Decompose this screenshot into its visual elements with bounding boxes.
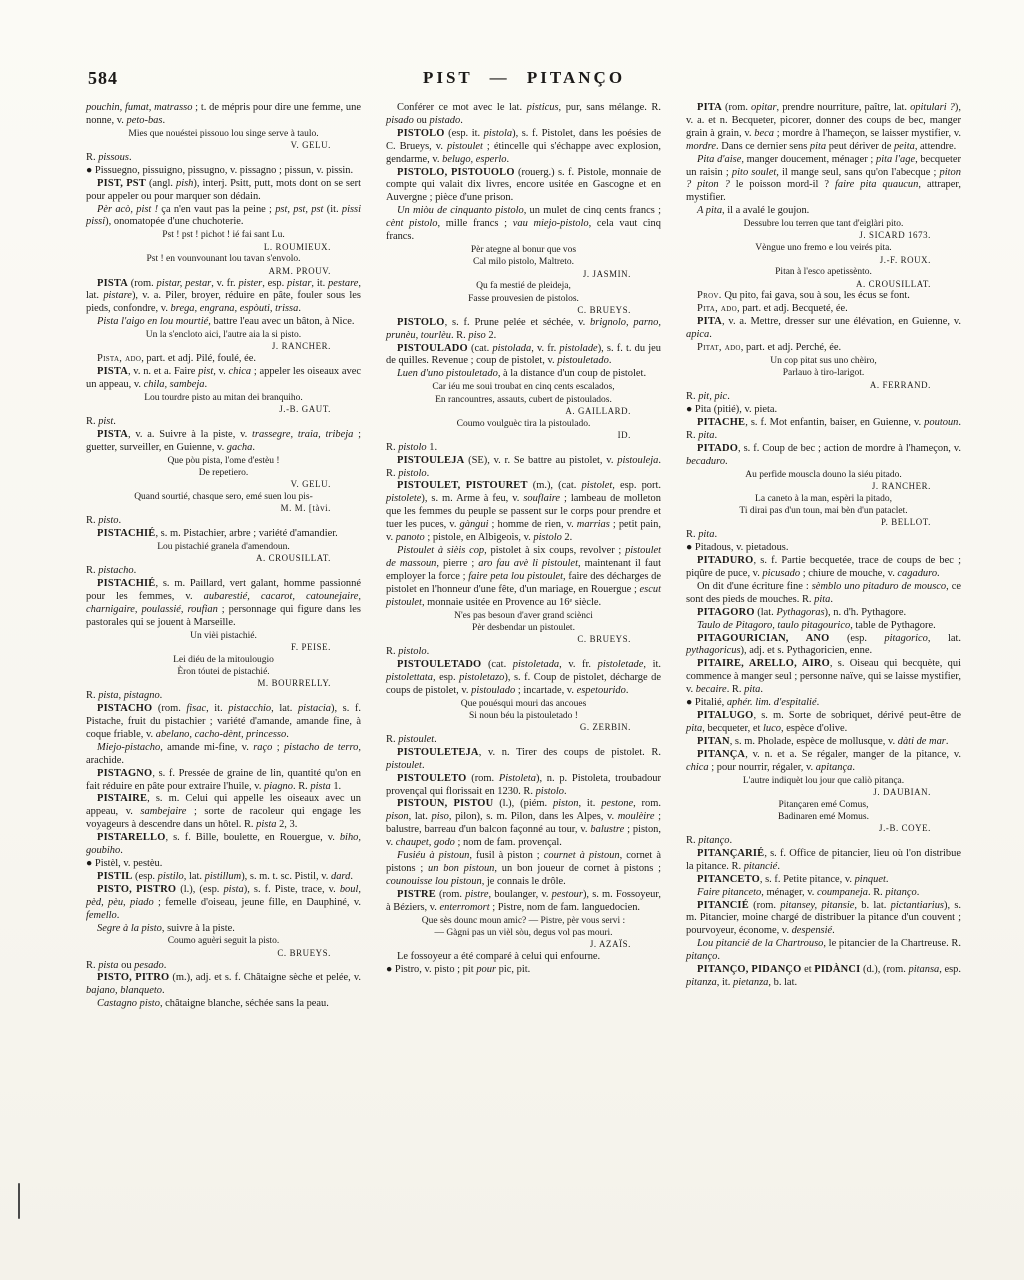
citation-attribution: C. BRUEYS. [86, 948, 361, 960]
verse-line: N'es pas besoun d'aver grand sciènci [386, 610, 661, 622]
entry-paragraph: PISTOULET, PISTOURET (m.), (cat. pistole… [386, 480, 661, 545]
citation-attribution: A. GAILLARD. [386, 406, 661, 418]
entry-paragraph: PITANÇO, PIDANÇO et PIDÀNCI (d.), (rom. … [686, 964, 961, 990]
verse-line: Que pòu pista, l'ome d'estèu ! [86, 455, 361, 467]
citation-attribution: L. ROUMIEUX. [86, 242, 361, 254]
verse-line: Pitan à l'esco apetissènto. [686, 266, 961, 278]
verse-line: La caneto à la man, espèri la pitado, [686, 493, 961, 505]
citation-attribution: J.-B. COYE. [686, 823, 961, 835]
page-number: 584 [88, 68, 118, 89]
entry-paragraph: PITADO, s. f. Coup de bec ; action de mo… [686, 443, 961, 469]
entry-paragraph: PISTO, PITRO (m.), adj. et s. f. Châtaig… [86, 972, 361, 998]
verse-line: Que sès dounc moun amic? — Pistre, pèr v… [386, 915, 661, 927]
entry-paragraph: On dit d'une écriture fine : sèmblo uno … [686, 581, 961, 607]
verse-line: L'autre indiquèt lou jour que caliò pita… [686, 775, 961, 787]
entry-paragraph: PISTA (rom. pistar, pestar, v. fr. piste… [86, 278, 361, 317]
entry-paragraph: Conférer ce mot avec le lat. pisticus, p… [386, 102, 661, 128]
entry-paragraph: PITA (rom. opitar, prendre nourriture, p… [686, 102, 961, 154]
citation-attribution: J. JASMIN. [386, 269, 661, 281]
entry-paragraph: R. pistolo. [386, 646, 661, 659]
entry-paragraph: PISTA, v. n. et a. Faire pist, v. chica … [86, 366, 361, 392]
entry-paragraph: ● Pistro, v. pisto ; pit pour pic, pit. [386, 964, 661, 977]
entry-paragraph: Pista, ado, part. et adj. Pilé, foulé, é… [86, 353, 361, 366]
citation-attribution: P. BELLOT. [686, 517, 961, 529]
entry-paragraph: R. pit, pic. [686, 391, 961, 404]
entry-paragraph: PITA, v. a. Mettre, dresser sur une élév… [686, 316, 961, 342]
running-head: PIST — PITANÇO [86, 66, 962, 88]
entry-paragraph: PITAGORO (lat. Pythagoras), n. d'h. Pyth… [686, 607, 961, 620]
entry-paragraph: R. pissous. [86, 152, 361, 165]
page-content: 584 PIST — PITANÇO pouchin, fumat, matra… [86, 66, 962, 1011]
verse-line: Pst ! pst ! pichot ! ié fai sant Lu. [86, 229, 361, 241]
entry-paragraph: Un miòu de cinquanto pistolo, un mulet d… [386, 205, 661, 244]
verse-line: Lou pistachié granela d'amendoun. [86, 541, 361, 553]
citation-attribution: G. ZERBIN. [386, 722, 661, 734]
entry-paragraph: PISTOUN, PISTOU (l.), (piém. piston, it.… [386, 798, 661, 850]
entry-paragraph: pouchin, fumat, matrasso ; t. de mépris … [86, 102, 361, 128]
verse-line: Parlauo à tiro-larigot. [686, 367, 961, 379]
entry-paragraph: PITANCIÉ (rom. pitansey, pitansie, b. la… [686, 900, 961, 939]
entry-paragraph: Segre à la pisto, suivre à la piste. [86, 923, 361, 936]
citation-attribution: M. M. [tàvi. [86, 503, 361, 515]
entry-paragraph: ● Pitadous, v. pietadous. [686, 542, 961, 555]
citation-attribution: J. DAUBIAN. [686, 787, 961, 799]
entry-paragraph: PISTOULADO (cat. pistolada, v. fr. pisto… [386, 343, 661, 369]
verse-line: Que pouésqui mouri das ancoues [386, 698, 661, 710]
citation-attribution: ID. [386, 430, 661, 442]
entry-paragraph: PITAN, s. m. Pholade, espèce de mollusqu… [686, 736, 961, 749]
verse-line: Si noun béu la pistouletado ! [386, 710, 661, 722]
entry-paragraph: R. pistolo 1. [386, 442, 661, 455]
columns-container: pouchin, fumat, matrasso ; t. de mépris … [86, 102, 962, 1011]
entry-paragraph: Luen d'uno pistouletado, à la distance d… [386, 368, 661, 381]
citation-attribution: J.-B. GAUT. [86, 404, 361, 416]
verse-line: Pst ! en vounvounant lou tavan s'envolo. [86, 253, 361, 265]
entry-paragraph: PISTIL (esp. pistilo, lat. pistillum), s… [86, 871, 361, 884]
entry-paragraph: PISTOULEJA (SE), v. r. Se battre au pist… [386, 455, 661, 481]
citation-attribution: ARM. PROUV. [86, 266, 361, 278]
verse-line: Badinaren emé Momus. [686, 811, 961, 823]
entry-paragraph: R. pisto. [86, 515, 361, 528]
verse-line: Un vièi pistachié. [86, 630, 361, 642]
entry-paragraph: Prov. Qu pito, fai gava, sou à sou, les … [686, 290, 961, 303]
entry-paragraph: ● Pissuegno, pissuigno, pissugno, v. pis… [86, 165, 361, 178]
entry-paragraph: Miejo-pistacho, amande mi-fine, v. raço … [86, 742, 361, 768]
citation-attribution: J. SICARD 1673. [686, 230, 961, 242]
verse-line: Ti dirai pas d'un toun, mai bèn d'un pat… [686, 505, 961, 517]
citation-attribution: J. RANCHER. [686, 481, 961, 493]
entry-paragraph: PITALUGO, s. m. Sorte de sobriquet, déri… [686, 710, 961, 736]
verse-line: Dessubre lou terren que tant d'eiglàri p… [686, 218, 961, 230]
entry-paragraph: Pèr acò, pist ! ça n'en vaut pas la pein… [86, 204, 361, 230]
entry-paragraph: Fusiéu à pistoun, fusil à piston ; courn… [386, 850, 661, 889]
column-left: pouchin, fumat, matrasso ; t. de mépris … [86, 102, 361, 1011]
entry-paragraph: Castagno pisto, châtaigne blanche, séché… [86, 998, 361, 1011]
entry-paragraph: PISTACHIÉ, s. m. Paillard, vert galant, … [86, 578, 361, 630]
entry-paragraph: Faire pitanceto, ménager, v. coumpaneja.… [686, 887, 961, 900]
entry-paragraph: PISTOULETADO (cat. pistoletada, v. fr. p… [386, 659, 661, 698]
entry-paragraph: PITANÇA, v. n. et a. Se régaler, manger … [686, 749, 961, 775]
entry-paragraph: R. pist. [86, 416, 361, 429]
entry-paragraph: PISTARELLO, s. f. Bille, boulette, en Ro… [86, 832, 361, 858]
verse-line: Un cop pitat sus uno chèiro, [686, 355, 961, 367]
citation-attribution: F. PEISE. [86, 642, 361, 654]
citation-attribution: M. BOURRELLY. [86, 678, 361, 690]
entry-paragraph: PISTOULETEJA, v. n. Tirer des coups de p… [386, 747, 661, 773]
verse-line: Pitançaren emé Comus, [686, 799, 961, 811]
verse-line: Coumo voulguèc tira la pistoulado. [386, 418, 661, 430]
citation-attribution: V. GELU. [86, 479, 361, 491]
entry-paragraph: Pistoulet à sièis cop, pistolet à six co… [386, 545, 661, 610]
entry-paragraph: ● Pitalié, aphér. lim. d'espitalié. [686, 697, 961, 710]
citation-attribution: J.-F. ROUX. [686, 255, 961, 267]
entry-paragraph: PISTA, v. a. Suivre à la piste, v. trass… [86, 429, 361, 455]
citation-attribution: C. BRUEYS. [386, 305, 661, 317]
entry-paragraph: Pita, ado, part. et adj. Becqueté, ée. [686, 303, 961, 316]
column-middle: Conférer ce mot avec le lat. pisticus, p… [386, 102, 661, 1011]
entry-paragraph: PISTO, PISTRO (l.), (esp. pista), s. f. … [86, 884, 361, 923]
verse-line: Qu fa mestié de pleideja, [386, 280, 661, 292]
citation-attribution: A. FERRAND. [686, 380, 961, 392]
verse-line: Lou tourdre pisto au mitan dei branquiho… [86, 392, 361, 404]
citation-attribution: A. CROUSILLAT. [86, 553, 361, 565]
entry-paragraph: PITACHE, s. f. Mot enfantin, baiser, en … [686, 417, 961, 443]
verse-line: Lei diéu de la mitoulougio [86, 654, 361, 666]
verse-line: Cal milo pistolo, Maltreto. [386, 256, 661, 268]
verse-line: Èron tóutei de pistachié. [86, 666, 361, 678]
entry-paragraph: PITADURO, s. f. Partie becquetée, trace … [686, 555, 961, 581]
entry-paragraph: PITANCETO, s. f. Petite pitance, v. pinq… [686, 874, 961, 887]
verse-line: En rancountres, assauts, cubert de pisto… [386, 394, 661, 406]
entry-paragraph: PIST, PST (angl. pish), interj. Psitt, p… [86, 178, 361, 204]
entry-paragraph: PISTOLO (esp. it. pistola), s. f. Pistol… [386, 128, 661, 167]
verse-line: Un la s'encloto aici, l'autre aia la si … [86, 329, 361, 341]
entry-paragraph: Pitat, ado, part. et adj. Perché, ée. [686, 342, 961, 355]
verse-line: Car iéu me soui troubat en cinq cents es… [386, 381, 661, 393]
verse-line: Coumo aguèri seguit la pisto. [86, 935, 361, 947]
entry-paragraph: ● Pistèl, v. pestèu. [86, 858, 361, 871]
entry-paragraph: Lou pitancié de la Chartrouso, le pitanc… [686, 938, 961, 964]
citation-attribution: A. CROUSILLAT. [686, 279, 961, 291]
entry-paragraph: PISTOLO, s. f. Prune pelée et séchée, v.… [386, 317, 661, 343]
verse-line: Pèr ategne al bonur que vos [386, 244, 661, 256]
verse-line: Pèr desbendar un pistoulet. [386, 622, 661, 634]
entry-paragraph: PITAGOURICIAN, ANO (esp. pitagorico, lat… [686, 633, 961, 659]
entry-paragraph: PITANÇARIÉ, s. f. Office de pitancier, l… [686, 848, 961, 874]
verse-line: Mies que nouéstei pissouo lou singe serv… [86, 128, 361, 140]
page-header: 584 PIST — PITANÇO [86, 66, 962, 96]
entry-paragraph: R. pistoulet. [386, 734, 661, 747]
entry-paragraph: R. pita. [686, 529, 961, 542]
entry-paragraph: Le fossoyeur a été comparé à celui qui e… [386, 951, 661, 964]
scan-artifact-line [18, 1183, 20, 1219]
entry-paragraph: PISTOLO, PISTOUOLO (rouerg.) s. f. Pisto… [386, 167, 661, 206]
citation-attribution: C. BRUEYS. [386, 634, 661, 646]
entry-paragraph: PISTAIRE, s. m. Celui qui appelle les oi… [86, 793, 361, 832]
column-right: PITA (rom. opitar, prendre nourriture, p… [686, 102, 961, 1011]
entry-paragraph: PITAIRE, ARELLO, AIRO, s. Oiseau qui bec… [686, 658, 961, 697]
verse-line: Au perfide mouscla douno la siéu pitado. [686, 469, 961, 481]
entry-paragraph: Pita d'aise, manger doucement, ménager ;… [686, 154, 961, 206]
dictionary-page: 584 PIST — PITANÇO pouchin, fumat, matra… [0, 0, 1024, 1280]
entry-paragraph: R. pista, pistagno. [86, 690, 361, 703]
verse-line: Fasse prouvesien de pistolos. [386, 293, 661, 305]
entry-paragraph: Pista l'aigo en lou mourtié, battre l'ea… [86, 316, 361, 329]
citation-attribution: J. RANCHER. [86, 341, 361, 353]
entry-paragraph: A pita, il a avalé le goujon. [686, 205, 961, 218]
verse-line: Vèngue uno fremo e lou veirés pita. [686, 242, 961, 254]
verse-line: De repetiero. [86, 467, 361, 479]
entry-paragraph: PISTAGNO, s. f. Pressée de graine de lin… [86, 768, 361, 794]
entry-paragraph: ● Pita (pitié), v. pieta. [686, 404, 961, 417]
entry-paragraph: R. pista ou pesado. [86, 960, 361, 973]
entry-paragraph: R. pistacho. [86, 565, 361, 578]
verse-line: Quand sourtié, chasque sero, emé suen lo… [86, 491, 361, 503]
entry-paragraph: PISTOULETO (rom. Pistoleta), n. p. Pisto… [386, 773, 661, 799]
entry-paragraph: Taulo de Pitagoro, taulo pitagourico, ta… [686, 620, 961, 633]
entry-paragraph: PISTACHO (rom. fisac, it. pistacchio, la… [86, 703, 361, 742]
entry-paragraph: R. pitanço. [686, 835, 961, 848]
citation-attribution: V. GELU. [86, 140, 361, 152]
verse-line: — Gàgni pas un vièl sòu, degus vol pas m… [386, 927, 661, 939]
entry-paragraph: PISTRE (rom. pistre, boulanger, v. pesto… [386, 889, 661, 915]
entry-paragraph: PISTACHIÉ, s. m. Pistachier, arbre ; var… [86, 528, 361, 541]
citation-attribution: J. AZAÏS. [386, 939, 661, 951]
